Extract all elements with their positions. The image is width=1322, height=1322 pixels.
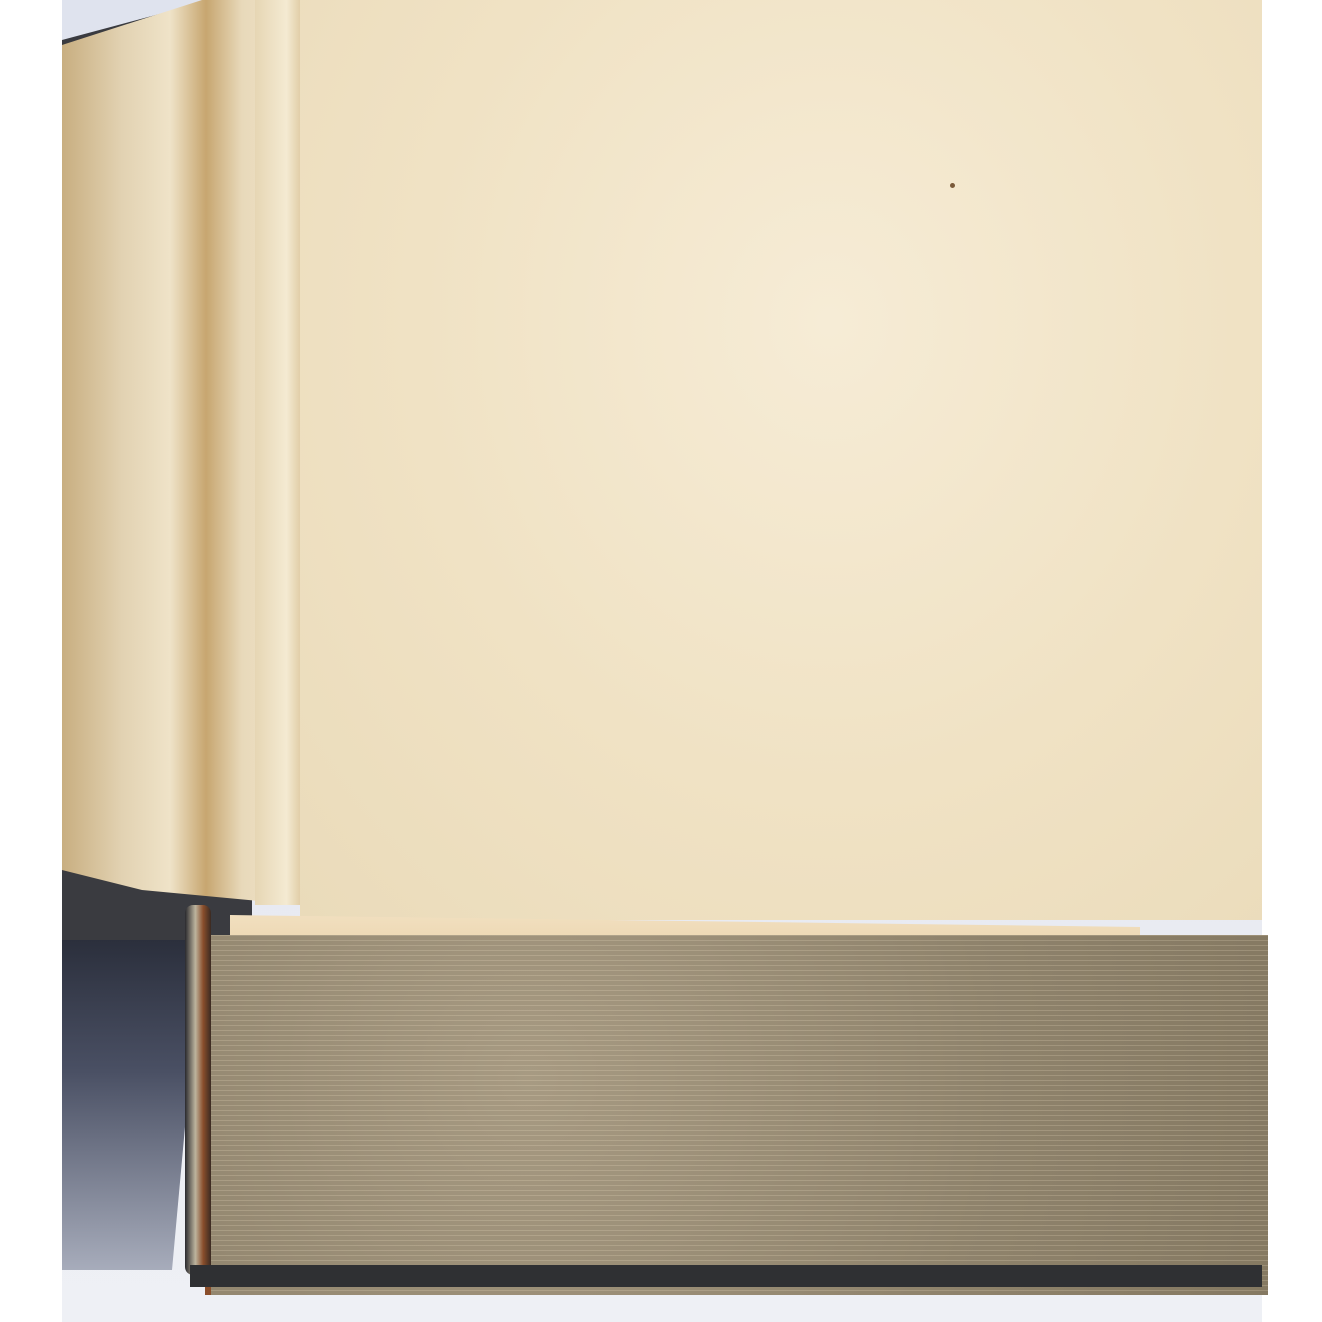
book-photo: Close-up photograph of an old hardcover … — [0, 0, 1322, 1322]
page-speck — [950, 183, 955, 188]
headband — [185, 905, 211, 1275]
sprinkled-page-edges — [205, 935, 1268, 1295]
back-cover-board — [190, 1265, 1262, 1287]
blank-page — [300, 0, 1262, 920]
